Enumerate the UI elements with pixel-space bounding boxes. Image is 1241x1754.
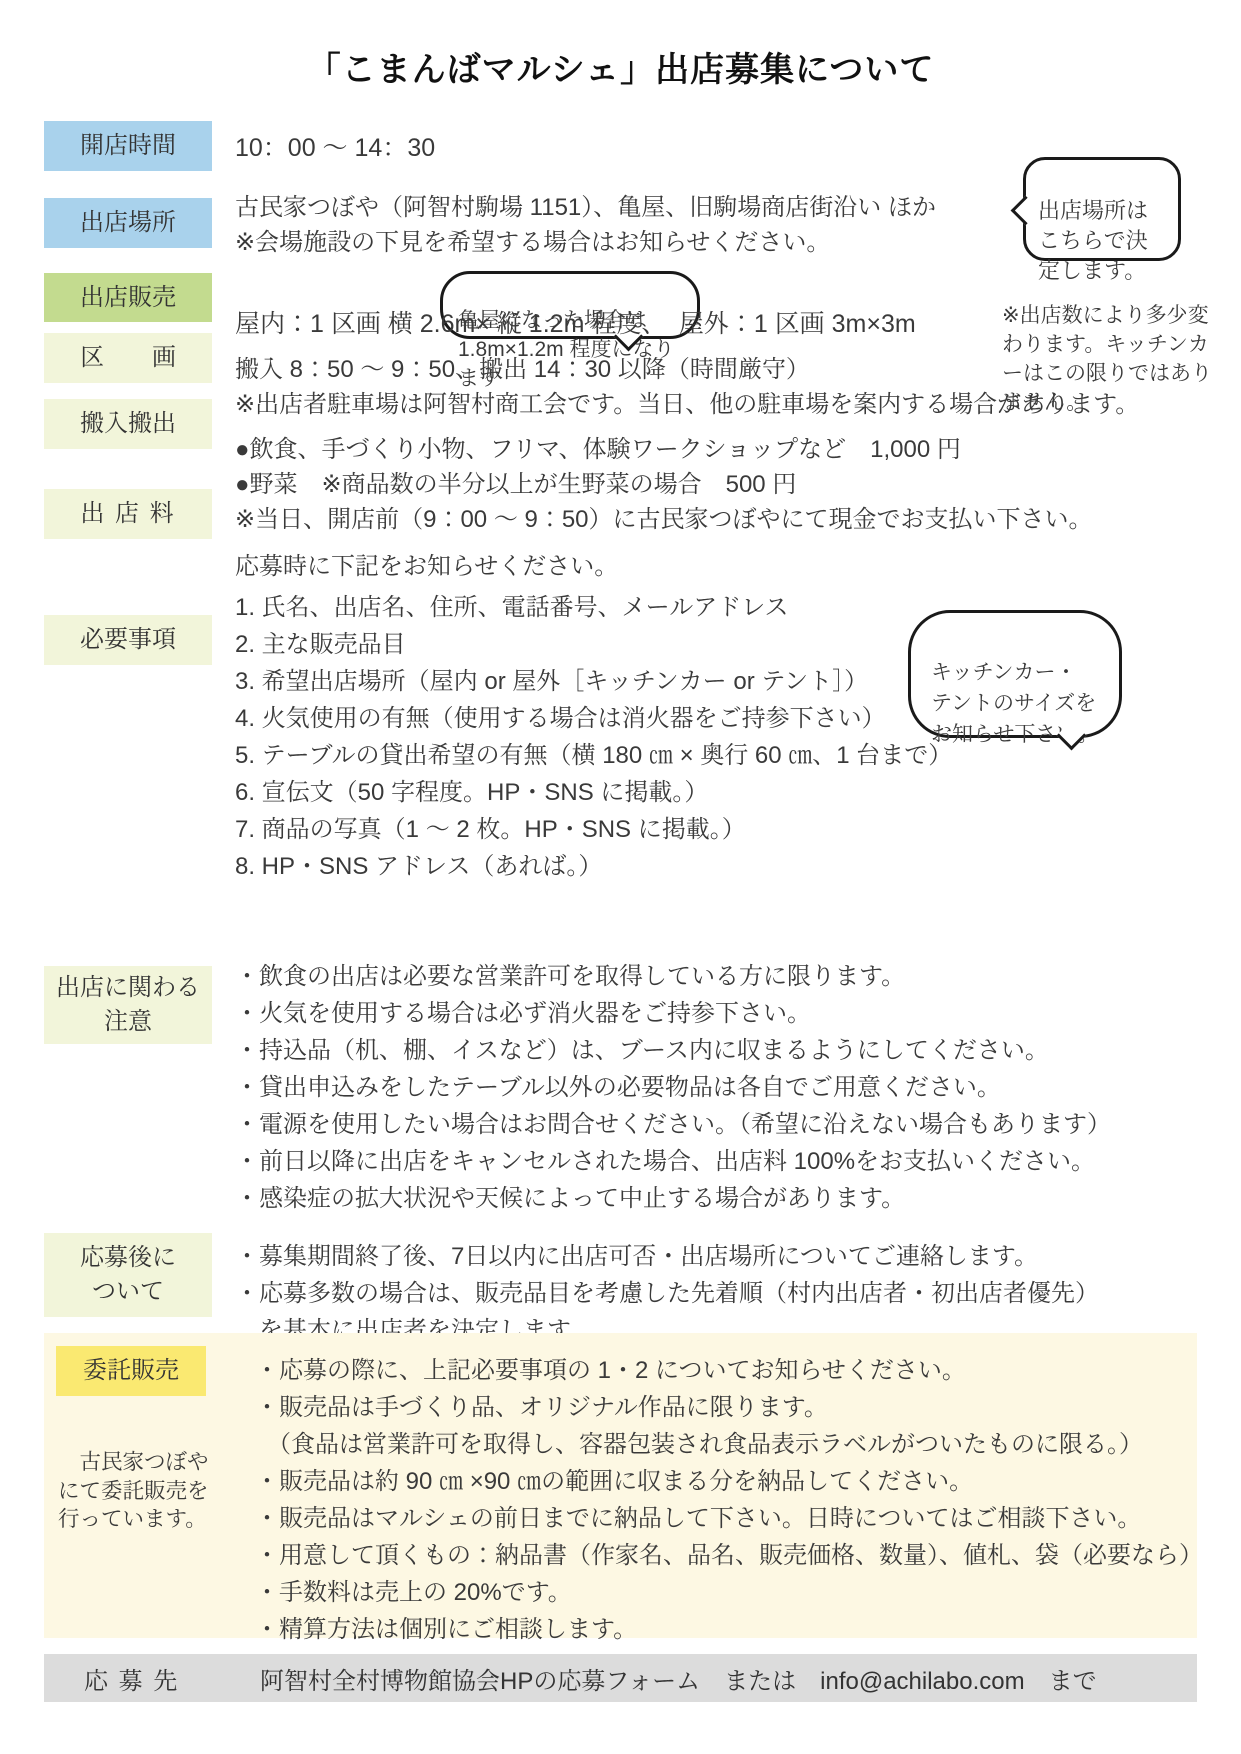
label-notes-line2: 注意 [104,1005,152,1039]
fee-line3: ※当日、開店前（9：00 ～ 9：50）に古民家つぼやにて現金でお支払い下さい。 [235,502,1093,537]
label-booth-sales: 出店販売 [44,273,212,322]
after-item: ・募集期間終了後、7日以内に出店可否・出店場所についてご連絡します。 [235,1238,1099,1275]
footer-text: 阿智村全村博物館協会HPの応募フォーム または info@achilabo.co… [260,1661,1097,1696]
consignment-item: ・販売品は約 90 ㎝ ×90 ㎝の範囲に収まる分を納品してください。 [255,1463,1203,1500]
location-line1: 古民家つぼや（阿智村駒場 1151）、亀屋、旧駒場商店街沿い ほか [235,190,936,225]
hannyuu-content: 搬入 8：50 ～ 9：50、搬出 14：30 以降（時間厳守） ※出店者駐車場… [235,352,1139,422]
note-item: ・貸出申込みをしたテーブル以外の必要物品は各自でご用意ください。 [235,1069,1111,1106]
notes-list: ・飲食の出店は必要な営業許可を取得している方に限ります。 ・火気を使用する場合は… [235,958,1111,1217]
required-item: 6. 宣伝文（50 字程度。HP・SNS に掲載。） [235,774,952,811]
page-title: 「こまんばマルシェ」出店募集について [0,42,1241,91]
label-after-line2: ついて [92,1275,164,1309]
required-item: 7. 商品の写真（1 ～ 2 枚。HP・SNS に掲載。） [235,811,952,848]
required-item: 5. テーブルの貸出希望の有無（横 180 ㎝ × 奥行 60 ㎝、1 台まで） [235,737,952,774]
note-item: ・感染症の拡大状況や天候によって中止する場合があります。 [235,1180,1111,1217]
required-item: 4. 火気使用の有無（使用する場合は消火器をご持参下さい） [235,700,952,737]
consignment-item: ・用意して頂くもの：納品書（作家名、品名、販売価格、数量）、値札、袋（必要なら） [255,1537,1203,1574]
consignment-list: ・応募の際に、上記必要事項の 1・2 についてお知らせください。 ・販売品は手づ… [255,1352,1203,1648]
consignment-item: ・販売品は手づくり品、オリジナル作品に限ります。 [255,1389,1203,1426]
hannyuu-line1: 搬入 8：50 ～ 9：50、搬出 14：30 以降（時間厳守） [235,352,1139,387]
required-intro: 応募時に下記をお知らせください。 [235,549,618,584]
required-list: 1. 氏名、出店名、住所、電話番号、メールアドレス 2. 主な販売品目 3. 希… [235,589,952,885]
footer-label: 応 募 先 [84,1661,179,1696]
hannyuu-line2: ※出店者駐車場は阿智村商工会です。当日、他の駐車場を案内する場合があります。 [235,387,1139,422]
consignment-item: ・販売品はマルシェの前日までに納品して下さい。日時についてはご相談下さい。 [255,1500,1203,1537]
consignment-item: ・精算方法は個別にご相談します。 [255,1611,1203,1648]
location-bubble: 出店場所は こちらで決 定します。 [1023,157,1181,261]
open-time-value: 10：00 ～ 14：30 [235,131,435,166]
fee-line2: ●野菜 ※商品数の半分以上が生野菜の場合 500 円 [235,467,1093,502]
note-item: ・飲食の出店は必要な営業許可を取得している方に限ります。 [235,958,1111,995]
consignment-item: ・手数料は売上の 20%です。 [255,1574,1203,1611]
label-required: 必要事項 [44,615,212,665]
label-location: 出店場所 [44,198,212,248]
footer-bar: 応 募 先 阿智村全村博物館協会HPの応募フォーム または info@achil… [44,1654,1197,1702]
after-item: ・応募多数の場合は、販売品目を考慮した先着順（村内出店者・初出店者優先） [235,1275,1099,1312]
required-item: 2. 主な販売品目 [235,626,952,663]
location-content: 古民家つぼや（阿智村駒場 1151）、亀屋、旧駒場商店街沿い ほか ※会場施設の… [235,190,936,260]
label-notes: 出店に関わる 注意 [44,966,212,1044]
location-bubble-text: 出店場所は こちらで決 定します。 [1038,198,1148,283]
label-kukaku: 区 画 [44,333,212,383]
kitchencar-bubble: キッチンカー・ テントのサイズを お知らせ下さい。 [908,610,1122,738]
fee-line1: ●飲食、手づくり小物、フリマ、体験ワークショップなど 1,000 円 [235,432,1093,467]
label-after-line1: 応募後に [80,1241,176,1275]
note-item: ・火気を使用する場合は必ず消火器をご持参下さい。 [235,995,1111,1032]
label-notes-line1: 出店に関わる [56,971,200,1005]
required-item: 1. 氏名、出店名、住所、電話番号、メールアドレス [235,589,952,626]
note-item: ・電源を使用したい場合はお問合せください。（希望に沿えない場合もあります） [235,1106,1111,1143]
label-hannyuu: 搬入搬出 [44,399,212,449]
consignment-item: ・応募の際に、上記必要事項の 1・2 についてお知らせください。 [255,1352,1203,1389]
fee-content: ●飲食、手づくり小物、フリマ、体験ワークショップなど 1,000 円 ●野菜 ※… [235,432,1093,537]
label-fee: 出 店 料 [44,489,212,539]
note-item: ・前日以降に出店をキャンセルされた場合、出店料 100%をお支払いください。 [235,1143,1111,1180]
consignment-side-note: 古民家つぼやにて委託販売を行っています。 [58,1448,218,1534]
required-item: 8. HP・SNS アドレス（あれば。） [235,848,952,885]
label-open-time: 開店時間 [44,121,212,171]
flyer-page: 「こまんばマルシェ」出店募集について 開店時間 出店場所 出店販売 区 画 搬入… [0,0,1241,1754]
location-line2: ※会場施設の下見を希望する場合はお知らせください。 [235,225,936,260]
required-item: 3. 希望出店場所（屋内 or 屋外［キッチンカー or テント］） [235,663,952,700]
consignment-item: （食品は営業許可を取得し、容器包装され食品表示ラベルがついたものに限る。） [255,1426,1203,1463]
label-consignment: 委託販売 [56,1346,206,1396]
bubble-tail-left-icon [1011,196,1041,226]
kukaku-value: 屋内：1 区画 横 2.6m× 縦 1.2m 程度、 屋外：1 区画 3m×3m [235,307,916,342]
label-after: 応募後に ついて [44,1233,212,1317]
note-item: ・持込品（机、棚、イスなど）は、ブース内に収まるようにしてください。 [235,1032,1111,1069]
